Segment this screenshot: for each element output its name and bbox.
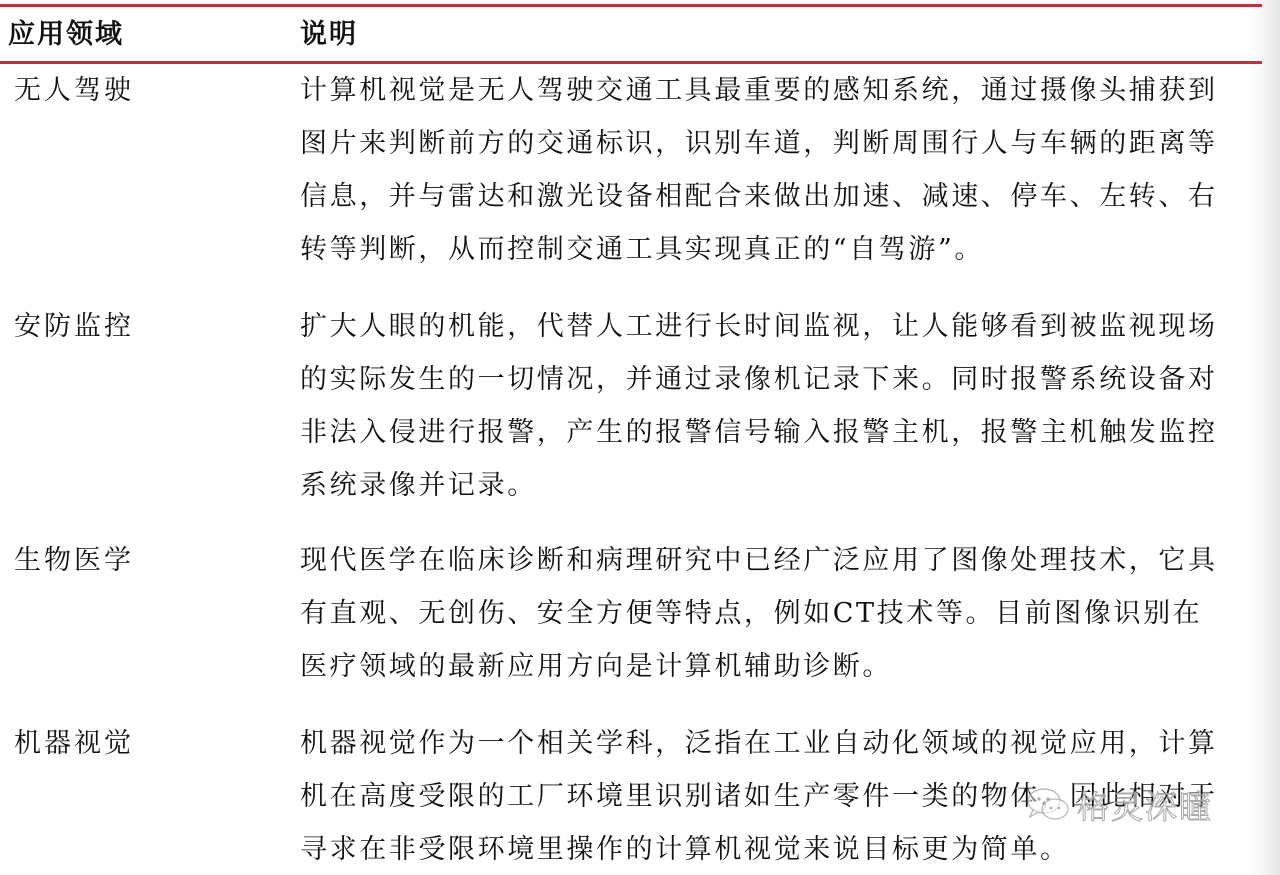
description-line: 信息，并与雷达和激光设备相配合来做出加速、减速、停车、左转、右 <box>300 170 1260 223</box>
document-page: 应用领域 说明 无人驾驶 计算机视觉是无人驾驶交通工具最重要的感知系统，通过摄像… <box>0 0 1280 875</box>
description-line: 机在高度受限的工厂环境里识别诸如生产零件一类的物体，因此相对于 <box>300 770 1260 823</box>
description-line: 寻求在非受限环境里操作的计算机视觉来说目标更为简单。 <box>300 823 1260 875</box>
row-field-label: 无人驾驶 <box>14 64 134 117</box>
row-description: 计算机视觉是无人驾驶交通工具最重要的感知系统，通过摄像头捕获到 图片来判断前方的… <box>300 64 1260 276</box>
description-line: 机器视觉作为一个相关学科，泛指在工业自动化领域的视觉应用，计算 <box>300 717 1260 770</box>
description-line: 有直观、无创伤、安全方便等特点，例如CT技术等。目前图像识别在 <box>300 587 1260 640</box>
row-description: 现代医学在临床诊断和病理研究中已经广泛应用了图像处理技术，它具 有直观、无创伤、… <box>300 534 1260 693</box>
row-description: 扩大人眼的机能，代替人工进行长时间监视，让人能够看到被监视现场 的实际发生的一切… <box>300 300 1260 512</box>
header-description: 说明 <box>300 18 358 52</box>
description-line: 医疗领域的最新应用方向是计算机辅助诊断。 <box>300 640 1260 693</box>
row-field-label: 安防监控 <box>14 300 134 353</box>
table-header: 应用领域 说明 <box>0 12 1262 58</box>
description-line: 非法入侵进行报警，产生的报警信号输入报警主机，报警主机触发监控 <box>300 406 1260 459</box>
row-field-label: 机器视觉 <box>14 717 134 770</box>
description-line: 的实际发生的一切情况，并通过录像机记录下来。同时报警系统设备对 <box>300 353 1260 406</box>
description-line: 计算机视觉是无人驾驶交通工具最重要的感知系统，通过摄像头捕获到 <box>300 64 1260 117</box>
table-top-rule <box>0 4 1262 7</box>
description-line: 转等判断，从而控制交通工具实现真正的“自驾游”。 <box>300 223 1260 276</box>
row-field-label: 生物医学 <box>14 534 134 587</box>
description-line: 系统录像并记录。 <box>300 459 1260 512</box>
header-application-field: 应用领域 <box>8 18 124 52</box>
description-line: 扩大人眼的机能，代替人工进行长时间监视，让人能够看到被监视现场 <box>300 300 1260 353</box>
description-line: 图片来判断前方的交通标识，识别车道，判断周围行人与车辆的距离等 <box>300 117 1260 170</box>
description-line: 现代医学在临床诊断和病理研究中已经广泛应用了图像处理技术，它具 <box>300 534 1260 587</box>
row-description: 机器视觉作为一个相关学科，泛指在工业自动化领域的视觉应用，计算 机在高度受限的工… <box>300 717 1260 875</box>
